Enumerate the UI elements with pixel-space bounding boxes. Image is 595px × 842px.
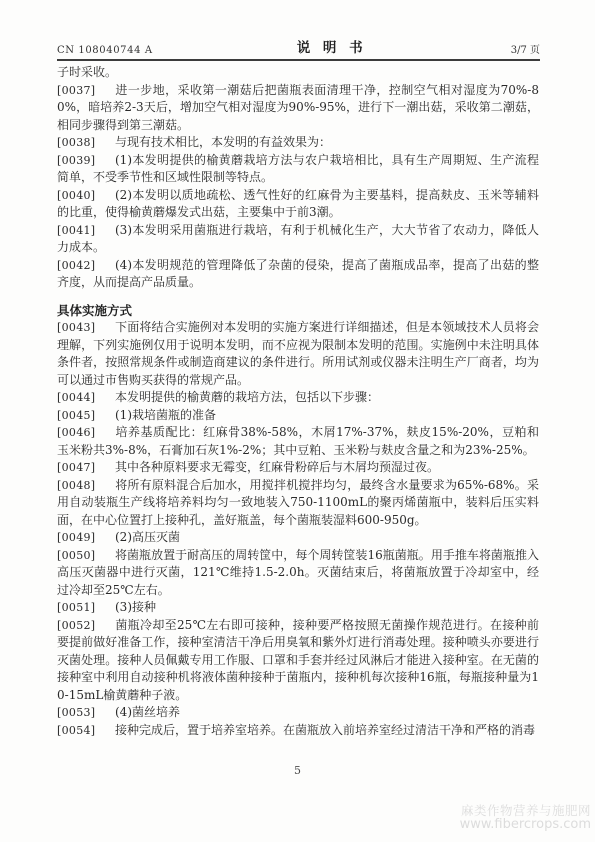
paragraph: [0054]接种完成后，置于培养室培养。在菌瓶放入前培养室经过清洁干净和严格的消…	[57, 722, 539, 740]
paragraph: [0042](4)本发明规范的管理降低了杂菌的侵染，提高了菌瓶成品率，提高了出菇…	[57, 257, 539, 292]
paragraph-text: (3)接种	[115, 600, 156, 614]
section-heading: 具体实施方式	[57, 302, 539, 320]
paragraph-number: [0050]	[57, 547, 115, 565]
paragraph-number: [0044]	[57, 389, 115, 407]
paragraph: [0046]培养基质配比：红麻骨38%-58%，木屑17%-37%，麸皮15%-…	[57, 424, 539, 459]
paragraph-number: [0052]	[57, 617, 115, 635]
paragraph-number: [0048]	[57, 477, 115, 495]
page-header: CN 108040744 A 说 明 书 3/7 页	[57, 34, 540, 61]
paragraph-text: (4)菌丝培养	[115, 705, 180, 719]
document-body: 子时采收。[0037]进一步地，采收第一潮菇后把菌瓶表面清理干净，控制空气相对湿…	[57, 64, 539, 739]
paragraph: [0052]菌瓶冷却至25℃左右即可接种，接种要严格按照无菌操作规范进行。在接种…	[57, 617, 539, 705]
paragraph-number: [0042]	[57, 257, 115, 275]
paragraph-text: (2)本发明以质地疏松、透气性好的红麻骨为主要基料，提高麸皮、玉米等辅料的比重，…	[57, 188, 539, 220]
paragraph: [0041](3)本发明采用菌瓶进行栽培，有利于机械化生产，大大节省了农动力，降…	[57, 222, 539, 257]
patent-document-page: CN 108040744 A 说 明 书 3/7 页 子时采收。[0037]进一…	[0, 0, 595, 842]
watermark-url: www.fibercrops.com	[460, 818, 591, 832]
paragraph-number: [0046]	[57, 424, 115, 442]
paragraph-number: [0049]	[57, 529, 115, 547]
paragraph-text: (2)高压灭菌	[115, 530, 180, 544]
paragraph-number: [0038]	[57, 134, 115, 152]
paragraph-text: (1)栽培菌瓶的准备	[115, 408, 216, 422]
paragraph-number: [0051]	[57, 599, 115, 617]
paragraph-text: 将菌瓶放置于耐高压的周转筐中，每个周转筐装16瓶菌瓶。用手推车将菌瓶推入高压灭菌…	[57, 548, 539, 597]
paragraph-text: 与现有技术相比，本发明的有益效果为：	[115, 135, 331, 149]
paragraph: [0038]与现有技术相比，本发明的有益效果为：	[57, 134, 539, 152]
paragraph-text: 菌瓶冷却至25℃左右即可接种，接种要严格按照无菌操作规范进行。在接种前要提前做好…	[57, 618, 539, 702]
page-indicator: 3/7 页	[511, 41, 540, 56]
paragraph: [0047]其中各种原料要求无霉变，红麻骨粉碎后与木屑均预湿过夜。	[57, 459, 539, 477]
paragraph: [0048]将所有原料混合后加水，用搅拌机搅拌均匀，最终含水量要求为65%-68…	[57, 477, 539, 530]
paragraph-text: (3)本发明采用菌瓶进行栽培，有利于机械化生产，大大节省了农动力，降低人力成本。	[57, 223, 539, 255]
paragraph-text: 其中各种原料要求无霉变，红麻骨粉碎后与木屑均预湿过夜。	[115, 460, 439, 474]
paragraph: [0043]下面将结合实施例对本发明的实施方案进行详细描述，但是本领域技术人员将…	[57, 319, 539, 389]
paragraph: [0039](1)本发明提供的榆黄蘑栽培方法与农户栽培相比，具有生产周期短、生产…	[57, 152, 539, 187]
paragraph-number: [0040]	[57, 187, 115, 205]
paragraph-number: [0045]	[57, 407, 115, 425]
watermark: 麻类作物营养与施肥网 www.fibercrops.com	[460, 804, 591, 831]
paragraph-text: 下面将结合实施例对本发明的实施方案进行详细描述，但是本领域技术人员将会理解，下列…	[57, 320, 539, 387]
paragraph-number: [0037]	[57, 82, 115, 100]
paragraph-text: (1)本发明提供的榆黄蘑栽培方法与农户栽培相比，具有生产周期短、生产流程简单，不…	[57, 153, 539, 185]
paragraph-text: 进一步地，采收第一潮菇后把菌瓶表面清理干净，控制空气相对湿度为70%-80%，暗…	[57, 83, 539, 132]
paragraph: [0053](4)菌丝培养	[57, 704, 539, 722]
paragraph-text: 培养基质配比：红麻骨38%-58%，木屑17%-37%，麸皮15%-20%，豆粕…	[57, 425, 539, 457]
document-title: 说 明 书	[297, 36, 367, 56]
paragraph: [0051](3)接种	[57, 599, 539, 617]
paragraph-text: 本发明提供的榆黄蘑的栽培方法，包括以下步骤：	[115, 390, 379, 404]
paragraph: 子时采收。	[57, 64, 539, 82]
paragraph: [0037]进一步地，采收第一潮菇后把菌瓶表面清理干净，控制空气相对湿度为70%…	[57, 82, 539, 135]
paragraph-number: [0043]	[57, 319, 115, 337]
paragraph-number: [0047]	[57, 459, 115, 477]
paragraph: [0044]本发明提供的榆黄蘑的栽培方法，包括以下步骤：	[57, 389, 539, 407]
paragraph-text: (4)本发明规范的管理降低了杂菌的侵染，提高了菌瓶成品率，提高了出菇的整齐度，从…	[57, 258, 539, 290]
paragraph: [0040](2)本发明以质地疏松、透气性好的红麻骨为主要基料，提高麸皮、玉米等…	[57, 187, 539, 222]
page-number: 5	[0, 764, 595, 777]
paragraph: [0050]将菌瓶放置于耐高压的周转筐中，每个周转筐装16瓶菌瓶。用手推车将菌瓶…	[57, 547, 539, 600]
paragraph-number: [0054]	[57, 722, 115, 740]
paragraph-text: 将所有原料混合后加水，用搅拌机搅拌均匀，最终含水量要求为65%-68%。采用自动…	[57, 478, 539, 527]
paragraph-text: 接种完成后，置于培养室培养。在菌瓶放入前培养室经过清洁干净和严格的消毒	[115, 723, 535, 737]
watermark-site-name: 麻类作物营养与施肥网	[460, 804, 591, 818]
paragraph-number: [0041]	[57, 222, 115, 240]
paragraph-text: 子时采收。	[57, 65, 117, 79]
paragraph-number: [0053]	[57, 704, 115, 722]
paragraph-number: [0039]	[57, 152, 115, 170]
document-number: CN 108040744 A	[57, 45, 153, 56]
paragraph: [0049](2)高压灭菌	[57, 529, 539, 547]
paragraph: [0045](1)栽培菌瓶的准备	[57, 407, 539, 425]
section-heading-text: 具体实施方式	[57, 303, 132, 318]
